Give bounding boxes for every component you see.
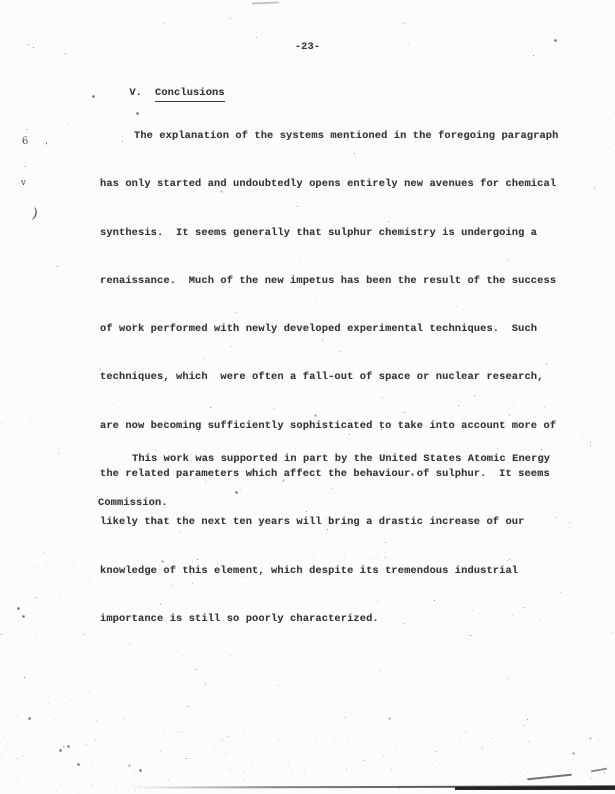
acknowledgment-line: Commission. [98, 493, 568, 513]
ink-mark: , [45, 136, 48, 145]
scratch-mark [591, 768, 607, 772]
ink-mark: · [24, 163, 26, 172]
acknowledgment-paragraph: This work was supported in part by the U… [98, 425, 568, 537]
body-line: synthesis. It seems generally that sulph… [100, 221, 570, 245]
body-line: importance is still so poorly characteri… [100, 607, 570, 631]
scratch-mark [527, 774, 572, 781]
scan-noise-speckles [0, 0, 1, 1]
scanned-document-page: -23- V.Conclusions The explanation of th… [0, 0, 615, 794]
body-line: has only started and undoubtedly opens e… [100, 172, 570, 196]
body-line: renaissance. Much of the new impetus has… [100, 269, 570, 293]
acknowledgment-line: This work was supported in part by the U… [98, 449, 568, 469]
conclusions-paragraph: The explanation of the systems mentioned… [100, 100, 570, 655]
scan-edge-line-dark [455, 787, 615, 790]
ink-mark: ) [31, 210, 38, 220]
body-line: techniques, which were often a fall-out … [100, 365, 570, 389]
body-line: The explanation of the systems mentioned… [100, 124, 570, 148]
ink-mark: 6 [21, 137, 29, 147]
ink-mark: v [21, 179, 27, 188]
body-line: of work performed with newly developed e… [100, 317, 570, 341]
scan-edge-smudge [252, 2, 279, 5]
section-numeral: V. [129, 87, 142, 99]
body-line: knowledge of this element, which despite… [100, 559, 570, 583]
ink-mark: · [26, 126, 28, 135]
page-number: -23- [0, 41, 615, 53]
